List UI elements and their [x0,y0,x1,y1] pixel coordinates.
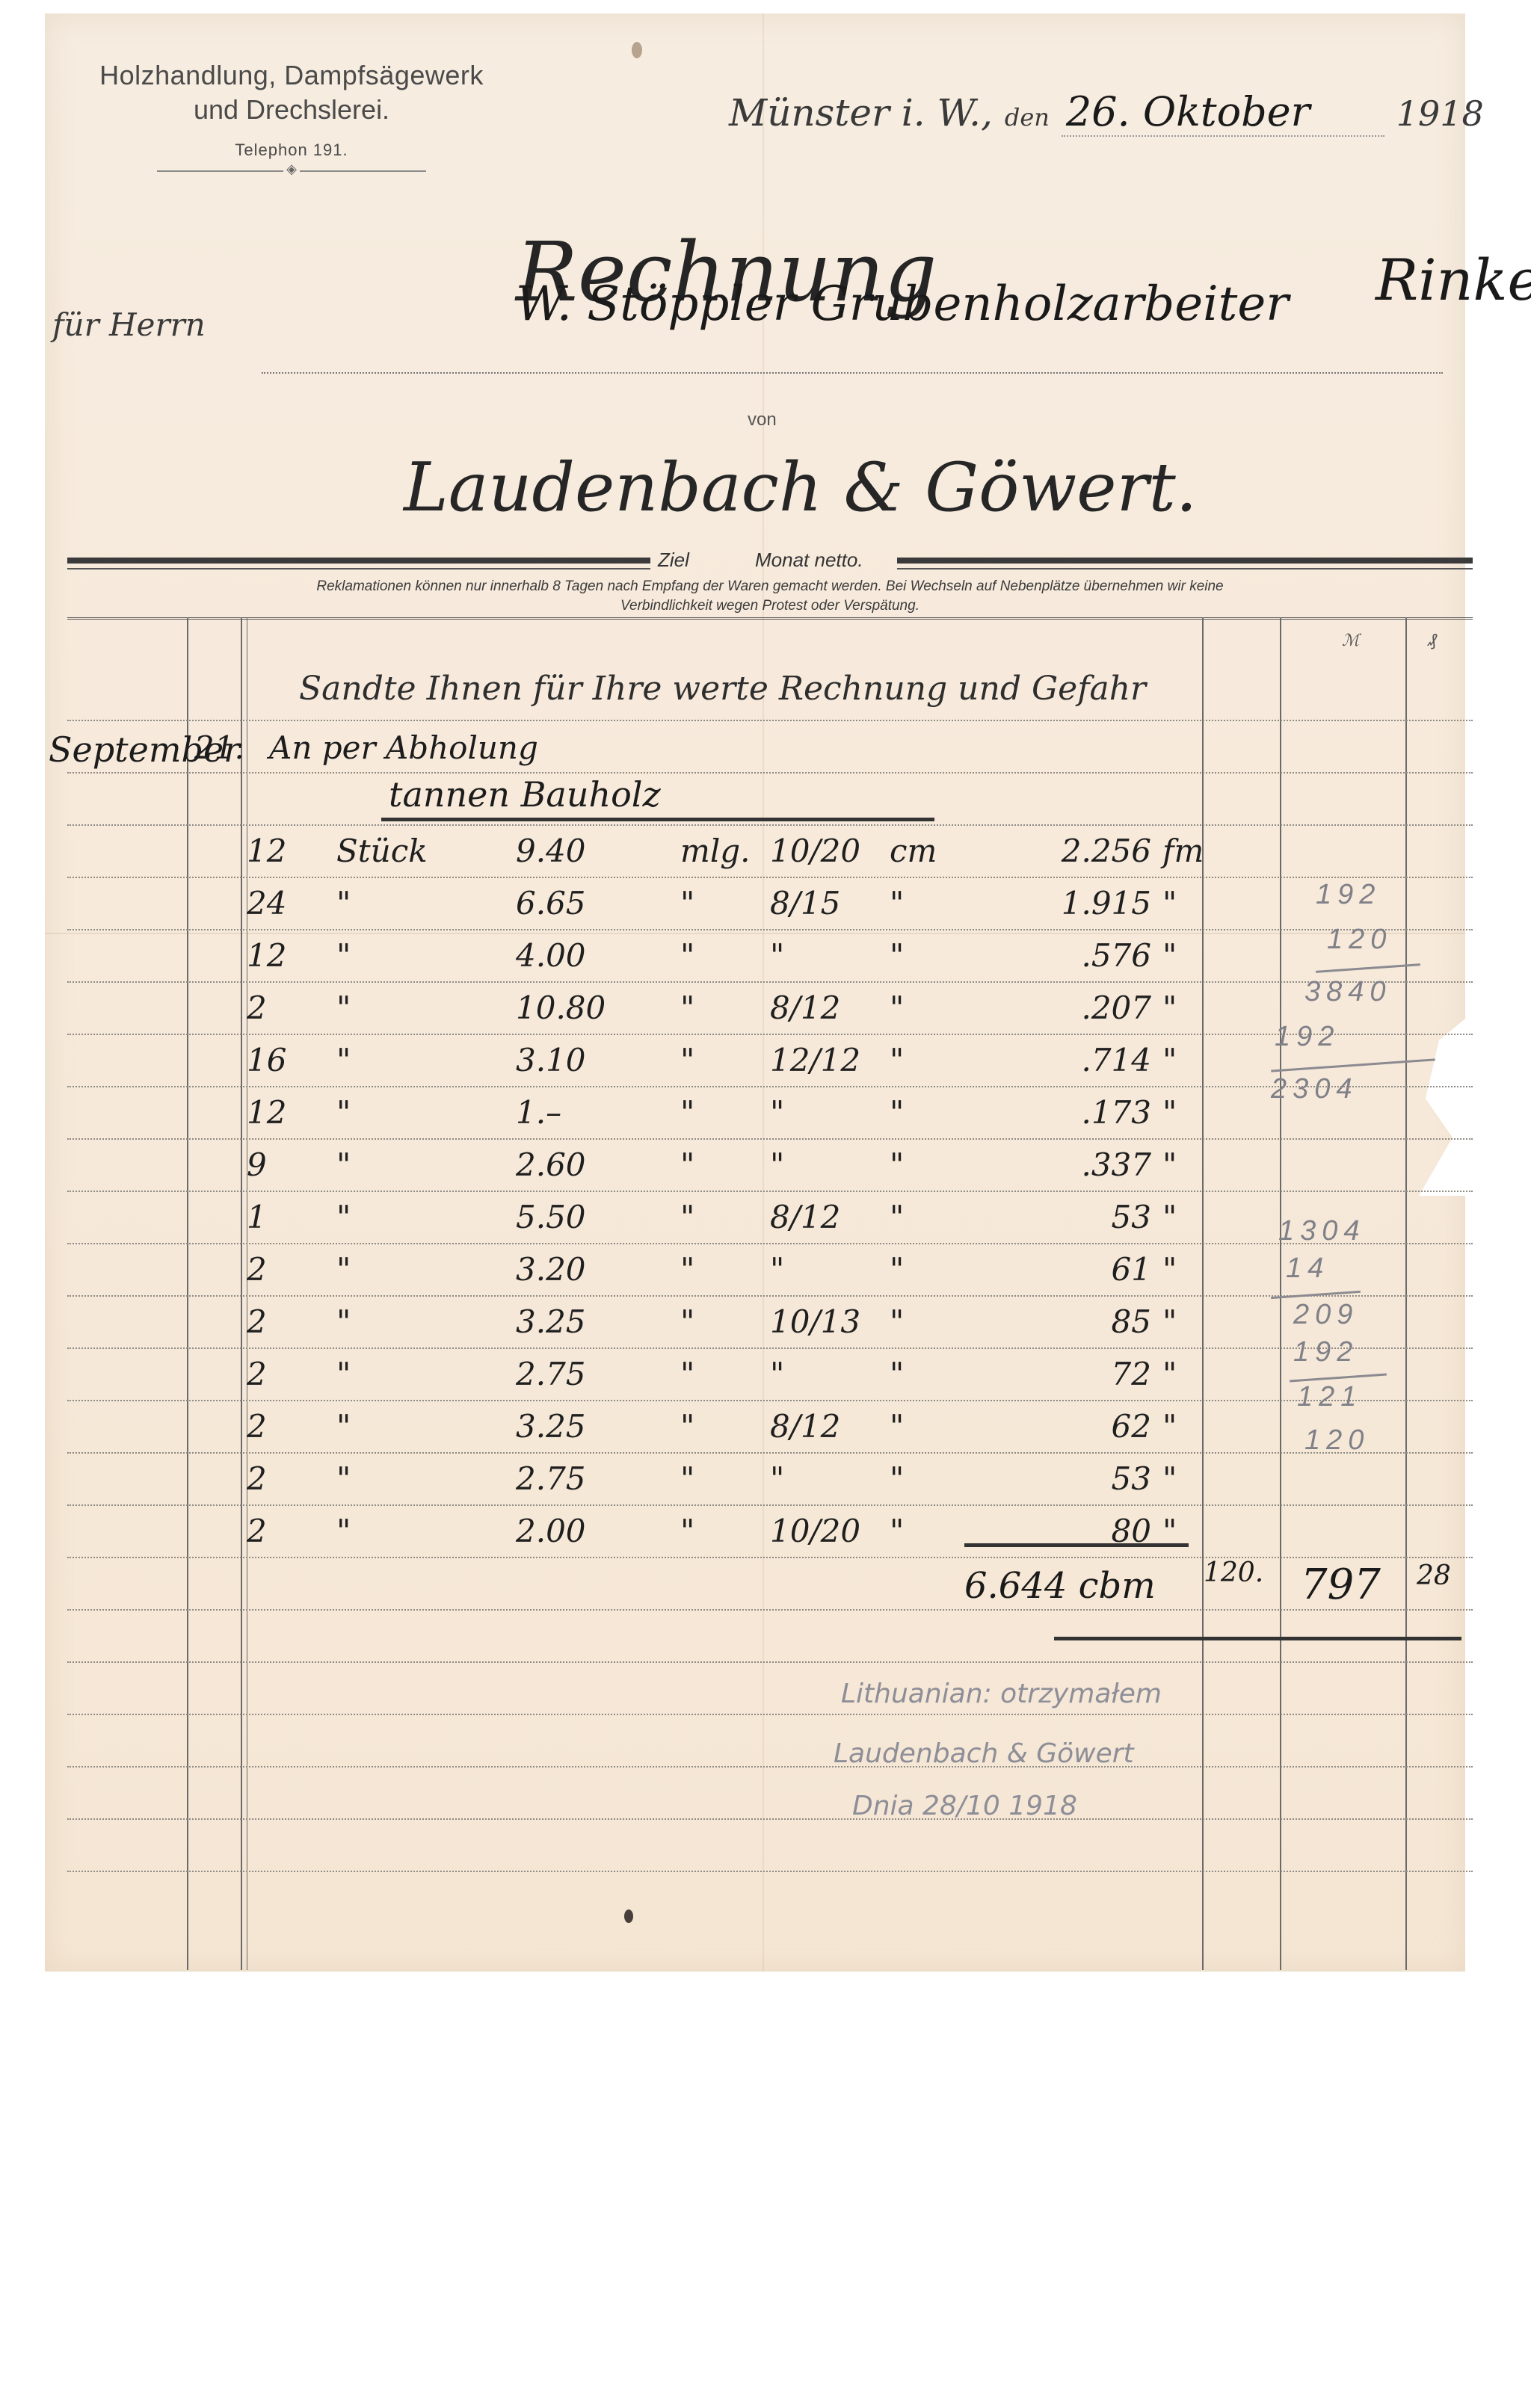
entry-material: tannen Bauholz [389,774,661,815]
item-qty: 2 [247,1251,299,1288]
item-unit: " [336,1356,351,1392]
terms-rule-left-thin [67,568,650,569]
item-length-unit: " [680,1513,694,1549]
place-date: Münster i. W., den 26. Oktober 1918 [729,88,1484,137]
ledger-rule [67,1661,1473,1663]
item-volume: 53 [957,1460,1151,1497]
item-length-unit: " [680,1356,694,1392]
ledger-rule [67,1871,1473,1872]
pencil-note-line2: Laudenbach & Göwert [834,1738,1134,1769]
item-volume-unit: " [1162,1356,1177,1392]
ledger-rule [67,1609,1473,1611]
item-dimension-unit: " [890,885,904,921]
item-qty: 12 [247,937,299,974]
item-volume-unit: " [1162,1251,1177,1288]
item-volume-unit: fm [1162,833,1204,869]
item-unit: " [336,1460,351,1497]
item-unit: Stück [336,833,428,869]
terms-notice-line1: Reklamationen können nur innerhalb 8 Tag… [67,577,1473,596]
item-unit: " [336,1513,351,1549]
item-dimension-unit: cm [890,833,937,869]
item-dimension: 10/13 [770,1303,860,1340]
item-length-unit: " [680,1146,694,1183]
item-length-unit: " [680,1199,694,1235]
pencil-calc: 192 [1293,1336,1358,1368]
item-volume: .207 [957,990,1151,1026]
item-dimension: 8/12 [770,1408,840,1445]
item-qty: 9 [247,1146,299,1183]
item-dimension: " [770,937,784,974]
unit-price: 120. [1204,1558,1263,1588]
den-label: den [1005,103,1050,132]
item-length: 6.65 [516,885,586,921]
item-length-unit: " [680,1042,694,1078]
item-dimension-unit: " [890,990,904,1026]
place: Münster i. W., [729,91,993,135]
item-unit: " [336,1199,351,1235]
ledger-rule [67,1818,1473,1820]
intro-text: Sandte Ihnen für Ihre werte Rechnung und… [299,670,1146,708]
item-dimension-unit: " [890,1513,904,1549]
item-unit: " [336,885,351,921]
line-item: 24 " 6.65 " 8/15 " 1.915 " [0,880,1531,933]
pencil-calc: 2304 [1271,1073,1358,1105]
item-length: 4.00 [516,937,586,974]
item-dimension: 8/12 [770,1199,840,1235]
item-unit: " [336,1094,351,1131]
entry-day: 21. [194,729,244,766]
item-volume-unit: " [1162,1408,1177,1445]
total-volume: 6.644 cbm [964,1565,1156,1607]
item-length: 2.00 [516,1513,586,1549]
item-length: 3.25 [516,1303,586,1340]
ledger-rule [67,824,1473,826]
pencil-calc: 120 [1327,924,1392,956]
item-length: 3.25 [516,1408,586,1445]
item-dimension-unit: " [890,1303,904,1340]
line-item: 9 " 2.60 " " " .337 " [0,1142,1531,1194]
pencil-calc: 120 [1304,1424,1370,1457]
item-length-unit: " [680,1408,694,1445]
item-volume: .576 [957,937,1151,974]
terms-bar: Ziel Monat netto. [67,553,1473,575]
item-volume-unit: " [1162,1146,1177,1183]
item-length-unit: " [680,1094,694,1131]
recipient: für Herrn W. Stöppler Grubenholzarbeiter… [52,306,1458,343]
item-volume-unit: " [1162,990,1177,1026]
item-qty: 2 [247,1513,299,1549]
ledger-rule [67,720,1473,721]
item-qty: 2 [247,1460,299,1497]
pencil-calc: 3840 [1304,976,1392,1008]
item-dimension: 8/15 [770,885,840,921]
item-dimension-unit: " [890,1460,904,1497]
total-rule [1054,1637,1461,1640]
item-dimension: 10/20 [770,833,860,869]
terms-rule-left [67,558,650,564]
item-unit: " [336,1408,351,1445]
line-item: 12 Stück 9.40 mlg. 10/20 cm 2.256 fm [0,828,1531,880]
item-dimension: " [770,1251,784,1288]
item-volume-unit: " [1162,885,1177,921]
item-volume-unit: " [1162,1199,1177,1235]
pencil-calc: 192 [1316,879,1381,911]
item-dimension: 12/12 [770,1042,860,1078]
column-header-mark: ℳ [1342,631,1360,650]
item-qty: 12 [247,1094,299,1131]
item-dimension-unit: " [890,1356,904,1392]
item-length-unit: mlg. [680,833,751,869]
subtotal-rule [964,1543,1189,1547]
item-unit: " [336,1303,351,1340]
letterhead-phone: Telephon 191. [30,141,553,160]
item-dimension-unit: " [890,1042,904,1078]
item-length: 3.20 [516,1251,586,1288]
item-volume: 62 [957,1408,1151,1445]
item-length-unit: " [680,937,694,974]
item-dimension-unit: " [890,1251,904,1288]
item-qty: 2 [247,990,299,1026]
pencil-calc: 192 [1275,1021,1340,1053]
material-underline [381,818,934,821]
item-volume: .714 [957,1042,1151,1078]
pencil-note-line1: Lithuanian: otrzymałem [841,1679,1162,1709]
ledger-rule [67,772,1473,774]
item-unit: " [336,990,351,1026]
item-length: 2.75 [516,1460,586,1497]
item-length-unit: " [680,1303,694,1340]
item-unit: " [336,937,351,974]
item-volume: .173 [957,1094,1151,1131]
item-volume: 72 [957,1356,1151,1392]
item-dimension: 10/20 [770,1513,860,1549]
item-length-unit: " [680,885,694,921]
item-volume: 1.915 [957,885,1151,921]
letterhead-business-type-2: und Drechslerei. [30,94,553,126]
item-volume-unit: " [1162,937,1177,974]
item-volume-unit: " [1162,1303,1177,1340]
item-volume-unit: " [1162,1460,1177,1497]
item-qty: 24 [247,885,299,921]
terms-rule-right [897,558,1473,564]
item-dimension-unit: " [890,1094,904,1131]
recipient-name: W. Stöppler Grubenholzarbeiter [516,277,1289,332]
date-day: 26. [1066,88,1130,135]
item-volume: 85 [957,1303,1151,1340]
item-qty: 12 [247,833,299,869]
item-dimension-unit: " [890,1408,904,1445]
item-dimension-unit: " [890,1146,904,1183]
item-length: 3.10 [516,1042,586,1078]
item-length-unit: " [680,990,694,1026]
line-item: 2 " 2.75 " " " 53 " [0,1456,1531,1508]
total-amount-pfennig: 28 [1417,1560,1451,1591]
item-volume: 2.256 [957,833,1151,869]
pencil-calc: 14 [1286,1253,1329,1285]
ledger-table: ℳ ₰ Sandte Ihnen für Ihre werte Rechnung… [0,617,1531,1963]
item-volume-unit: " [1162,1094,1177,1131]
recipient-field: W. Stöppler Grubenholzarbeiter Rinkerode [262,306,1443,374]
item-length: 10.80 [516,990,606,1026]
column-header-pf: ₰ [1428,631,1436,650]
item-unit: " [336,1042,351,1078]
item-dimension: " [770,1356,784,1392]
total-amount-mark: 797 [1301,1560,1381,1609]
date-month: Oktober [1143,88,1310,135]
terms-monat-netto: Monat netto. [755,549,863,572]
item-length: 2.75 [516,1356,586,1392]
item-qty: 2 [247,1408,299,1445]
item-length: 5.50 [516,1199,586,1235]
item-qty: 1 [247,1199,299,1235]
ledger-rule [67,1714,1473,1715]
line-item: 2 " 2.00 " 10/20 " 80 " [0,1508,1531,1560]
item-volume: 61 [957,1251,1151,1288]
item-dimension: " [770,1146,784,1183]
item-unit: " [336,1251,351,1288]
item-dimension: 8/12 [770,990,840,1026]
pencil-calc: 1304 [1278,1215,1366,1247]
item-volume: 53 [957,1199,1151,1235]
item-length-unit: " [680,1251,694,1288]
terms-notice-line2: Verbindlichkeit wegen Protest oder Versp… [67,596,1473,616]
ornament-divider [157,170,426,172]
item-length-unit: " [680,1460,694,1497]
date-field: 26. Oktober [1062,88,1384,137]
item-unit: " [336,1146,351,1183]
item-dimension-unit: " [890,1199,904,1235]
item-qty: 2 [247,1356,299,1392]
item-length: 2.60 [516,1146,586,1183]
item-qty: 16 [247,1042,299,1078]
item-length: 1.– [516,1094,561,1131]
terms-rule-right-thin [897,568,1473,569]
item-qty: 2 [247,1303,299,1340]
terms-notice: Reklamationen können nur innerhalb 8 Tag… [67,577,1473,616]
item-volume-unit: " [1162,1042,1177,1078]
line-item: 12 " 4.00 " " " .576 " [0,933,1531,985]
item-volume: .337 [957,1146,1151,1183]
entry-description: An per Abholung [269,729,538,766]
item-length: 9.40 [516,833,586,869]
item-dimension-unit: " [890,937,904,974]
company-name: Laudenbach & Göwert. [404,448,1197,527]
item-dimension: " [770,1094,784,1131]
ledger-rule [67,1766,1473,1768]
pencil-calc: 121 [1297,1381,1362,1413]
pencil-note-line3: Dnia 28/10 1918 [852,1791,1077,1821]
recipient-place: Rinkerode [1376,247,1531,313]
letterhead: Holzhandlung, Dampfsägewerk und Drechsle… [30,60,553,172]
pencil-calc: 209 [1293,1299,1358,1331]
terms-ziel: Ziel [658,549,689,572]
date-year: 1918 [1396,93,1484,134]
item-dimension: " [770,1460,784,1497]
from-label: von [748,410,777,430]
recipient-prefix: für Herrn [52,306,206,343]
letterhead-business-type: Holzhandlung, Dampfsägewerk [30,60,553,91]
ink-stain-top [632,42,642,58]
